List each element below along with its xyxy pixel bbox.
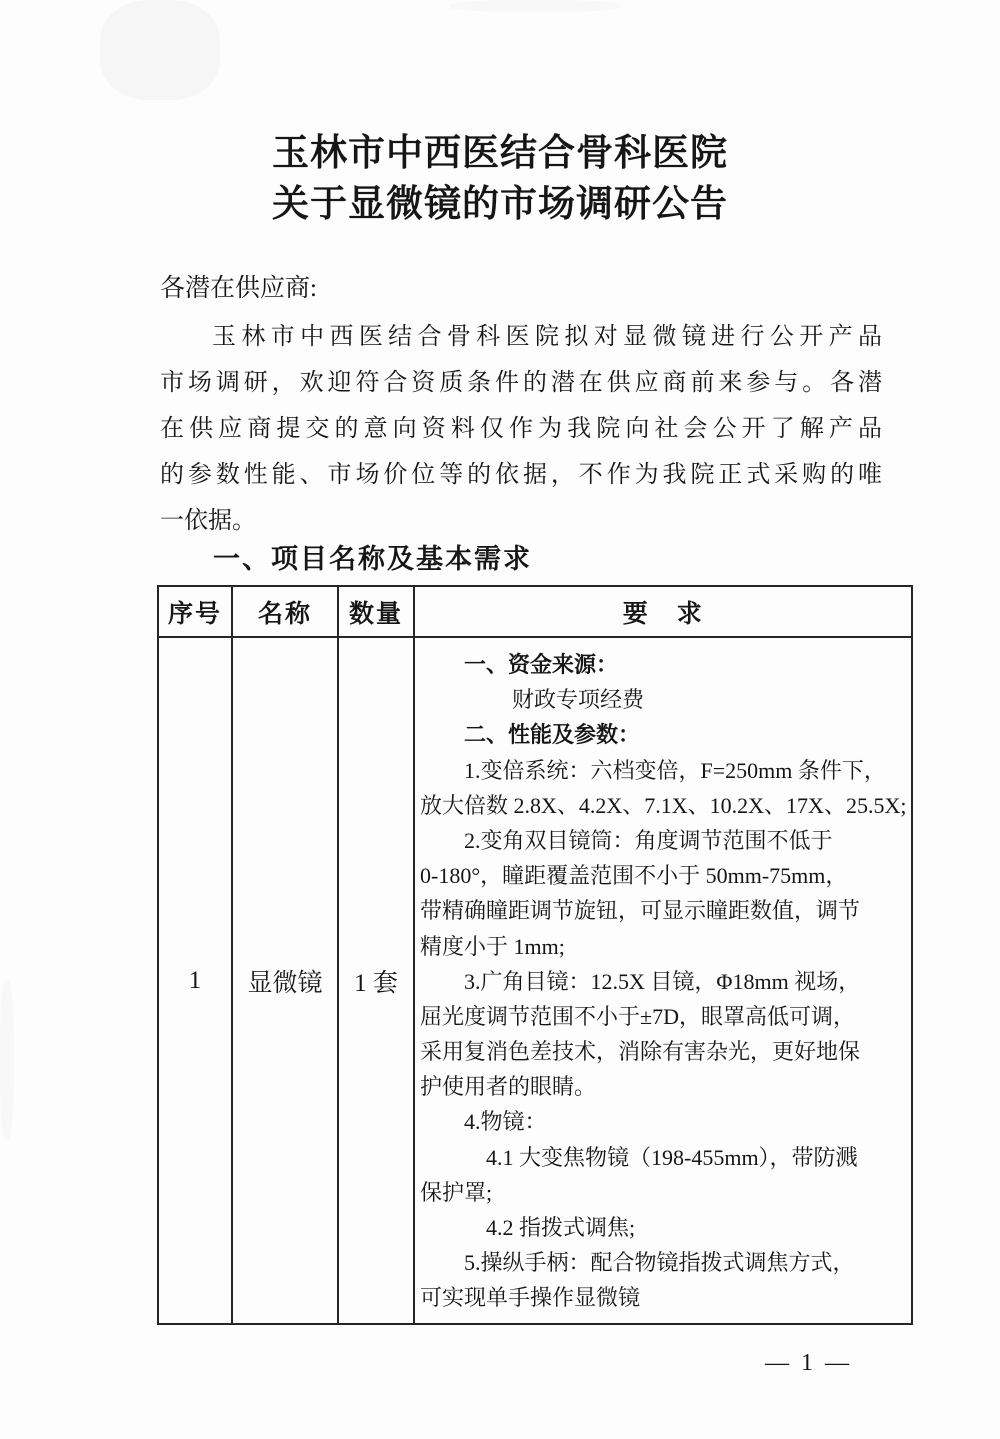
section-heading: 一、项目名称及基本需求 bbox=[213, 537, 532, 576]
requirement-line: 4.物镜： bbox=[420, 1104, 906, 1139]
col-header-seq: 序号 bbox=[158, 586, 232, 637]
intro-line: 玉林市中西医结合骨科医院拟对显微镜进行公开产品 bbox=[160, 314, 882, 360]
requirement-line: 3.广角目镜：12.5X 目镜，Φ18mm 视场， bbox=[420, 964, 906, 999]
requirement-line: 5.操纵手柄：配合物镜指拨式调焦方式， bbox=[420, 1245, 906, 1280]
title-line-1: 玉林市中西医结合骨科医院 bbox=[0, 128, 1000, 179]
requirement-line: 可实现单手操作显微镜 bbox=[420, 1280, 906, 1315]
intro-line: 的参数性能、市场价位等的依据，不作为我院正式采购的唯 bbox=[160, 452, 882, 498]
cell-seq: 1 bbox=[158, 637, 232, 1324]
requirement-line: 屈光度调节范围不小于±7D，眼罩高低可调， bbox=[420, 999, 906, 1034]
requirement-line: 精度小于 1mm; bbox=[420, 929, 906, 964]
document-title: 玉林市中西医结合骨科医院 关于显微镜的市场调研公告 bbox=[0, 128, 1000, 230]
cell-qty: 1 套 bbox=[338, 637, 414, 1324]
requirement-line: 财政专项经费 bbox=[420, 682, 906, 717]
intro-line: 市场调研，欢迎符合资质条件的潜在供应商前来参与。各潜 bbox=[160, 360, 882, 406]
col-header-requirements: 要 求 bbox=[414, 586, 912, 637]
requirement-line: 护使用者的眼睛。 bbox=[420, 1069, 906, 1104]
requirement-line: 2.变角双目镜筒：角度调节范围不低于 bbox=[420, 823, 906, 858]
requirement-line: 4.2 指拨式调焦; bbox=[420, 1210, 906, 1245]
requirement-line: 0-180°，瞳距覆盖范围不小于 50mm-75mm， bbox=[420, 858, 906, 893]
title-line-2: 关于显微镜的市场调研公告 bbox=[0, 179, 1000, 230]
col-header-name: 名称 bbox=[232, 586, 338, 637]
intro-paragraph: 玉林市中西医结合骨科医院拟对显微镜进行公开产品市场调研，欢迎符合资质条件的潜在供… bbox=[160, 314, 882, 544]
intro-line: 在供应商提交的意向资料仅作为我院向社会公开了解产品 bbox=[160, 406, 882, 452]
requirement-line: 一、资金来源： bbox=[420, 647, 906, 682]
document-page: 玉林市中西医结合骨科医院 关于显微镜的市场调研公告 各潜在供应商: 玉林市中西医… bbox=[0, 0, 1000, 1439]
requirement-line: 1.变倍系统：六档变倍，F=250mm 条件下， bbox=[420, 753, 906, 788]
requirement-line: 二、性能及参数： bbox=[420, 717, 906, 752]
requirement-line: 带精确瞳距调节旋钮，可显示瞳距数值，调节 bbox=[420, 893, 906, 928]
requirement-line: 保护罩; bbox=[420, 1175, 906, 1210]
requirements-table: 序号 名称 数量 要 求 1 显微镜 1 套 一、资金来源：财政专项经费二、性能… bbox=[157, 585, 913, 1325]
page-number: — 1 — bbox=[765, 1350, 852, 1377]
requirement-line: 放大倍数 2.8X、4.2X、7.1X、10.2X、17X、25.5X; bbox=[420, 788, 906, 823]
cell-name: 显微镜 bbox=[232, 637, 338, 1324]
scan-smudge bbox=[450, 0, 620, 12]
requirement-line: 4.1 大变焦物镜（198-455mm），带防溅 bbox=[420, 1140, 906, 1175]
scan-smudge bbox=[0, 980, 14, 1140]
col-header-qty: 数量 bbox=[338, 586, 414, 637]
table-row: 1 显微镜 1 套 一、资金来源：财政专项经费二、性能及参数：1.变倍系统：六档… bbox=[158, 637, 912, 1324]
table-header-row: 序号 名称 数量 要 求 bbox=[158, 586, 912, 637]
requirements-cell: 一、资金来源：财政专项经费二、性能及参数：1.变倍系统：六档变倍，F=250mm… bbox=[414, 637, 912, 1324]
salutation: 各潜在供应商: bbox=[160, 268, 317, 304]
requirement-line: 采用复消色差技术，消除有害杂光，更好地保 bbox=[420, 1034, 906, 1069]
scan-smudge bbox=[100, 0, 220, 100]
